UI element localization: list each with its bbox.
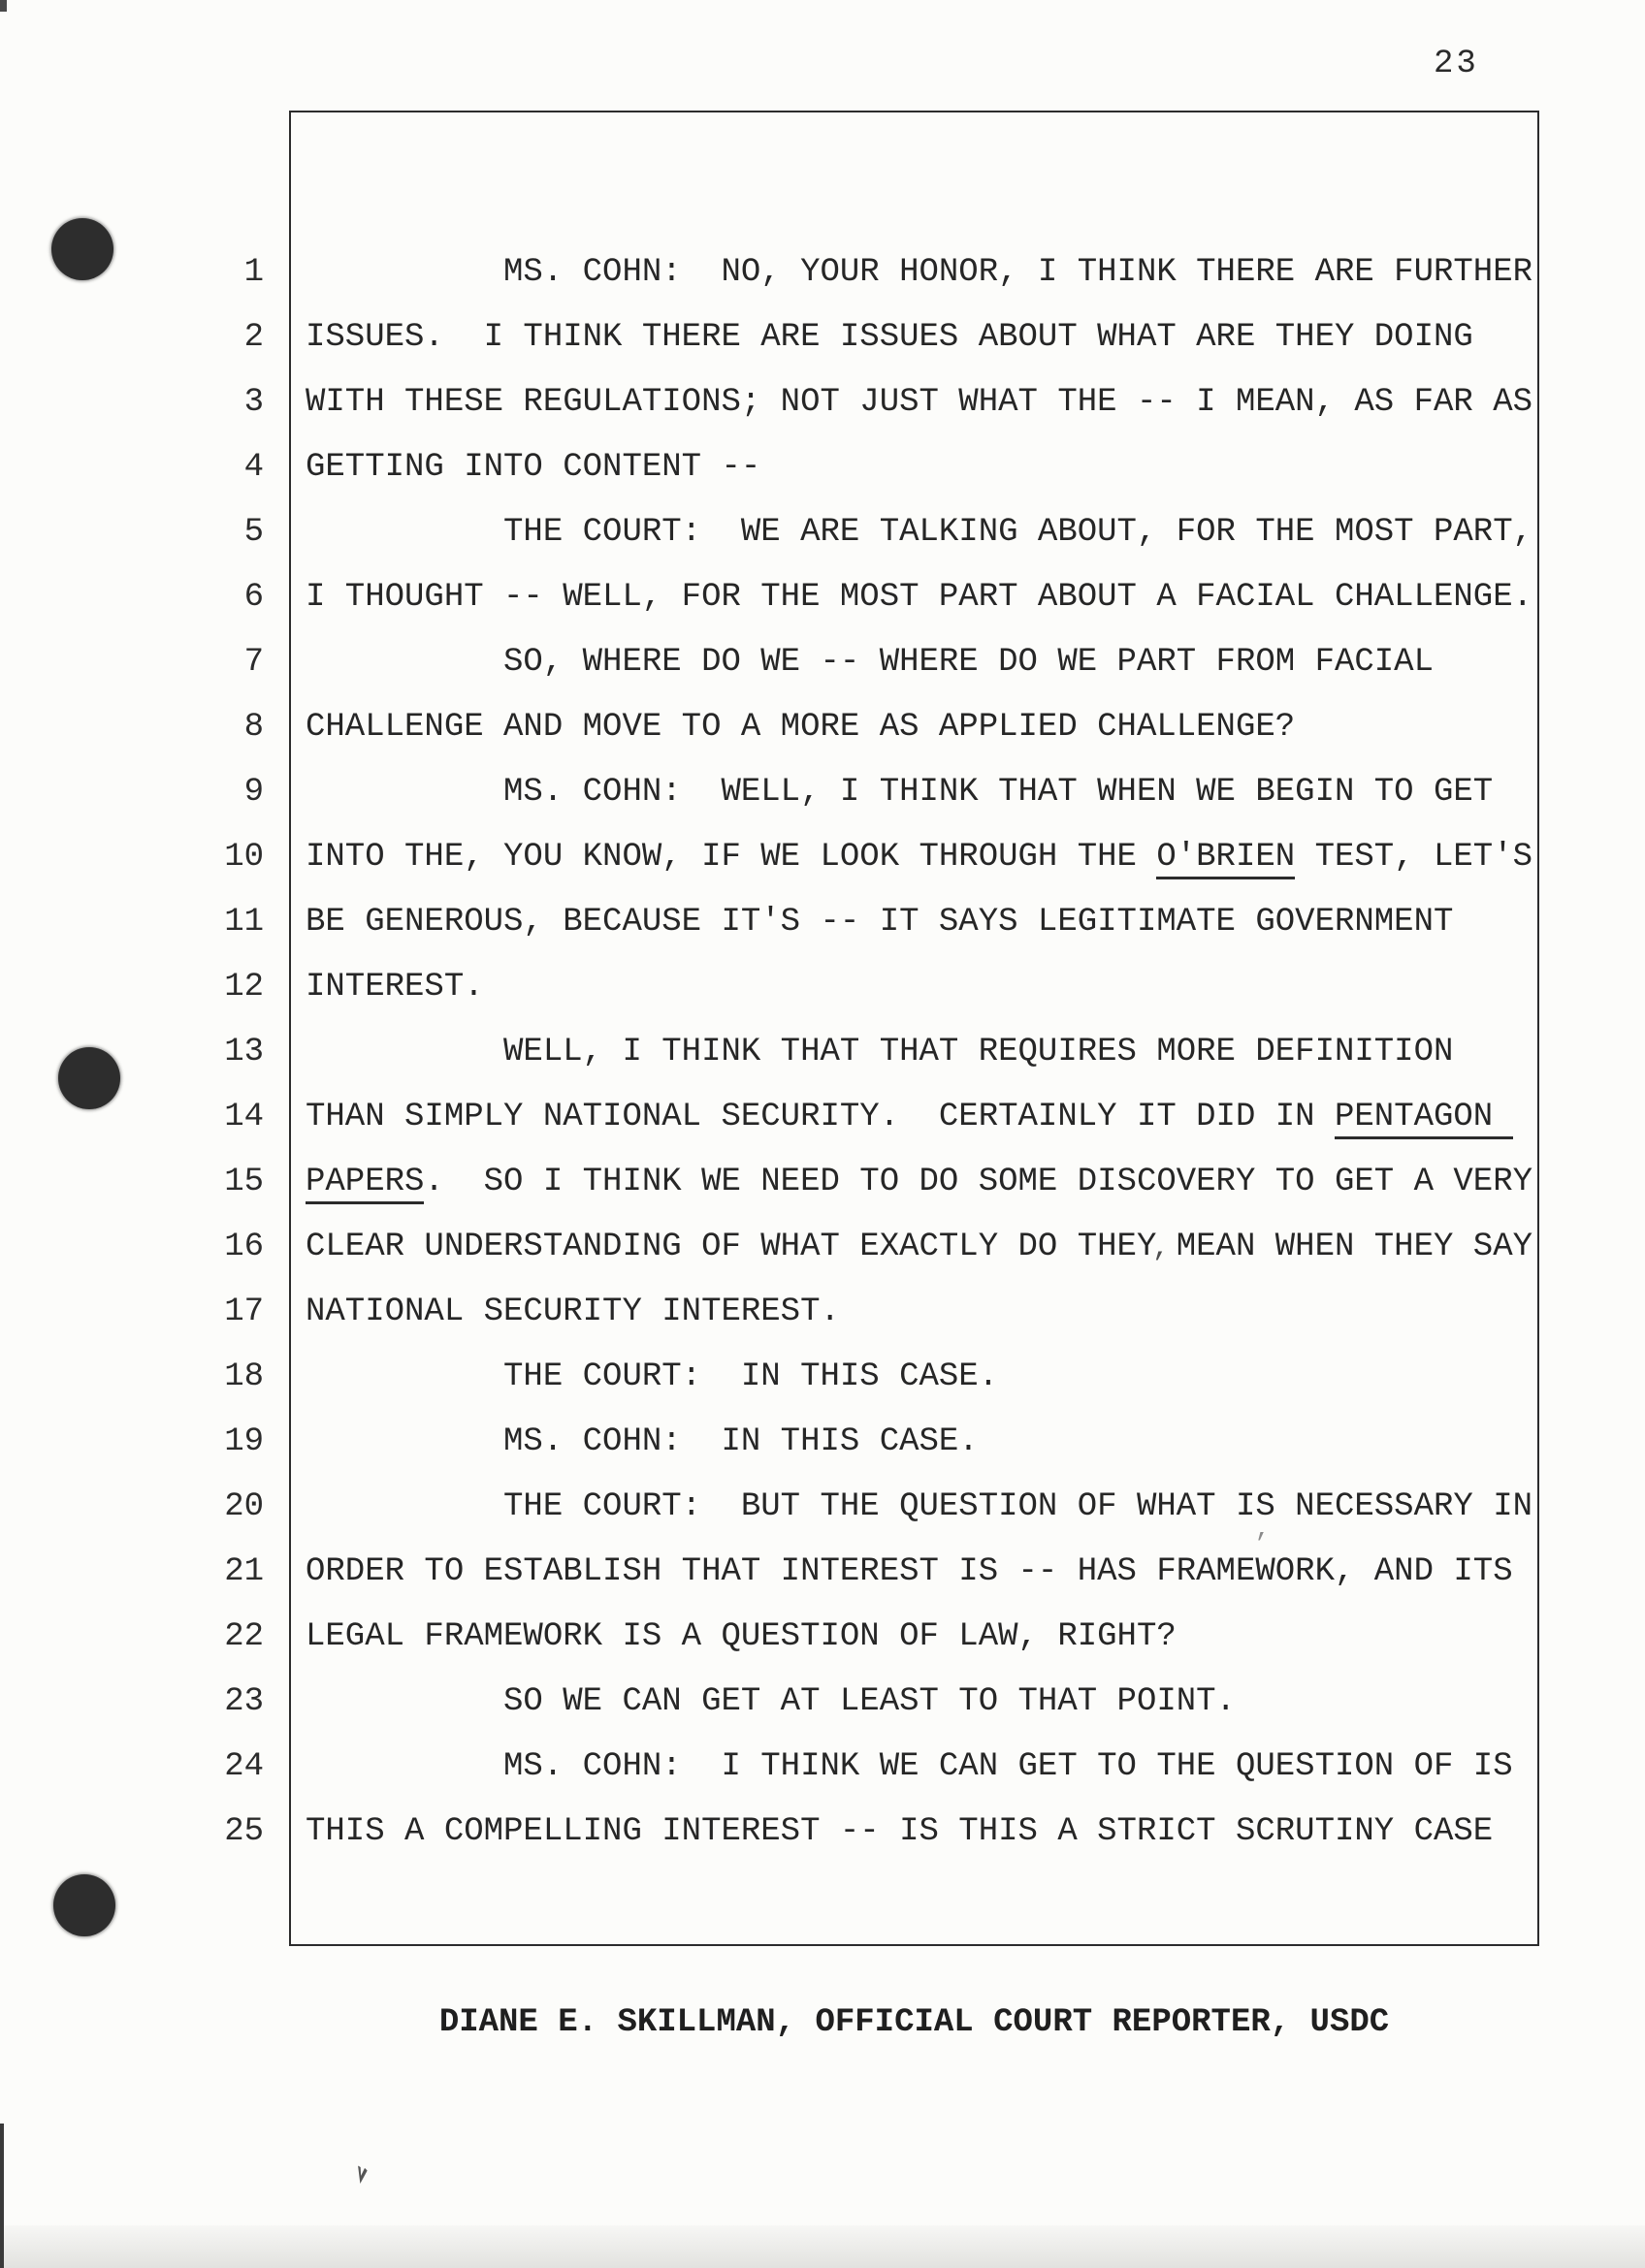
- stray-ink-mark: [354, 2165, 368, 2184]
- line-number: 23: [0, 1670, 264, 1735]
- line-text: MS. COHN: I THINK WE CAN GET TO THE QUES…: [306, 1735, 1513, 1800]
- line-text: ISSUES. I THINK THERE ARE ISSUES ABOUT W…: [306, 305, 1473, 370]
- transcript-line: 9MS. COHN: WELL, I THINK THAT WHEN WE BE…: [0, 760, 1645, 825]
- line-number: 15: [0, 1150, 264, 1215]
- line-text: THAN SIMPLY NATIONAL SECURITY. CERTAINLY…: [306, 1085, 1513, 1150]
- line-text: WELL, I THINK THAT THAT REQUIRES MORE DE…: [306, 1020, 1453, 1085]
- transcript-line: 2ISSUES. I THINK THERE ARE ISSUES ABOUT …: [0, 305, 1645, 370]
- line-number: 16: [0, 1215, 264, 1280]
- line-number: 4: [0, 435, 264, 500]
- line-text: MS. COHN: WELL, I THINK THAT WHEN WE BEG…: [306, 760, 1493, 825]
- transcript-line: 24MS. COHN: I THINK WE CAN GET TO THE QU…: [0, 1735, 1645, 1800]
- line-text: MS. COHN: NO, YOUR HONOR, I THINK THERE …: [306, 240, 1532, 305]
- transcript-line: 4GETTING INTO CONTENT --: [0, 435, 1645, 500]
- transcript-line: 6I THOUGHT -- WELL, FOR THE MOST PART AB…: [0, 565, 1645, 630]
- line-text: BE GENEROUS, BECAUSE IT'S -- IT SAYS LEG…: [306, 890, 1453, 955]
- transcript-line: 1MS. COHN: NO, YOUR HONOR, I THINK THERE…: [0, 240, 1645, 305]
- line-text: CLEAR UNDERSTANDING OF WHAT EXACTLY DO T…: [306, 1215, 1532, 1280]
- line-text: THE COURT: BUT THE QUESTION OF WHAT IS N…: [306, 1475, 1532, 1540]
- transcript-line: 25THIS A COMPELLING INTEREST -- IS THIS …: [0, 1800, 1645, 1865]
- transcript-line: 12INTEREST.: [0, 955, 1645, 1020]
- transcript-page: 23 1MS. COHN: NO, YOUR HONOR, I THINK TH…: [0, 0, 1645, 2268]
- scan-corner-mark: [0, 0, 7, 12]
- line-text: GETTING INTO CONTENT --: [306, 435, 760, 500]
- line-text: LEGAL FRAMEWORK IS A QUESTION OF LAW, RI…: [306, 1605, 1177, 1670]
- transcript-line: 13WELL, I THINK THAT THAT REQUIRES MORE …: [0, 1020, 1645, 1085]
- line-number: 9: [0, 760, 264, 825]
- line-number: 25: [0, 1800, 264, 1865]
- transcript-line: 18THE COURT: IN THIS CASE.: [0, 1345, 1645, 1410]
- scan-edge-strip: [0, 2124, 4, 2268]
- line-number: 7: [0, 630, 264, 695]
- line-number: 1: [0, 240, 264, 305]
- line-number: 20: [0, 1475, 264, 1540]
- transcript-line: 20THE COURT: BUT THE QUESTION OF WHAT IS…: [0, 1475, 1645, 1540]
- line-text: SO, WHERE DO WE -- WHERE DO WE PART FROM…: [306, 630, 1434, 695]
- line-number: 13: [0, 1020, 264, 1085]
- hole-punch-dot: [58, 1047, 120, 1109]
- scan-speck: ,: [1255, 1515, 1271, 1544]
- line-text: CHALLENGE AND MOVE TO A MORE AS APPLIED …: [306, 695, 1295, 760]
- line-number: 12: [0, 955, 264, 1020]
- line-text: THIS A COMPELLING INTEREST -- IS THIS A …: [306, 1800, 1493, 1865]
- transcript-line: 16CLEAR UNDERSTANDING OF WHAT EXACTLY DO…: [0, 1215, 1645, 1280]
- transcript-line: 19MS. COHN: IN THIS CASE.: [0, 1410, 1645, 1475]
- line-number: 3: [0, 370, 264, 435]
- line-text: NATIONAL SECURITY INTEREST.: [306, 1280, 840, 1345]
- transcript-line: 5THE COURT: WE ARE TALKING ABOUT, FOR TH…: [0, 500, 1645, 565]
- line-number: 21: [0, 1540, 264, 1605]
- line-number: 19: [0, 1410, 264, 1475]
- line-number: 5: [0, 500, 264, 565]
- line-text: PAPERS. SO I THINK WE NEED TO DO SOME DI…: [306, 1150, 1532, 1215]
- line-number: 22: [0, 1605, 264, 1670]
- transcript-line: 17NATIONAL SECURITY INTEREST.: [0, 1280, 1645, 1345]
- transcript-line: 14THAN SIMPLY NATIONAL SECURITY. CERTAIN…: [0, 1085, 1645, 1150]
- line-number: 6: [0, 565, 264, 630]
- line-number: 11: [0, 890, 264, 955]
- transcript-line: 21ORDER TO ESTABLISH THAT INTEREST IS --…: [0, 1540, 1645, 1605]
- line-text: I THOUGHT -- WELL, FOR THE MOST PART ABO…: [306, 565, 1532, 630]
- page-number: 23: [1434, 45, 1479, 83]
- transcript-line: 7SO, WHERE DO WE -- WHERE DO WE PART FRO…: [0, 630, 1645, 695]
- transcript-body: 1MS. COHN: NO, YOUR HONOR, I THINK THERE…: [0, 240, 1645, 1865]
- transcript-line: 10INTO THE, YOU KNOW, IF WE LOOK THROUGH…: [0, 825, 1645, 890]
- transcript-line: 8CHALLENGE AND MOVE TO A MORE AS APPLIED…: [0, 695, 1645, 760]
- transcript-line: 11BE GENEROUS, BECAUSE IT'S -- IT SAYS L…: [0, 890, 1645, 955]
- line-text: SO WE CAN GET AT LEAST TO THAT POINT.: [306, 1670, 1236, 1735]
- line-number: 18: [0, 1345, 264, 1410]
- scan-speck: ’: [1150, 1249, 1168, 1282]
- transcript-line: 3WITH THESE REGULATIONS; NOT JUST WHAT T…: [0, 370, 1645, 435]
- line-text: THE COURT: IN THIS CASE.: [306, 1345, 998, 1410]
- line-number: 17: [0, 1280, 264, 1345]
- scan-edge-shadow: [0, 2225, 1645, 2268]
- line-number: 10: [0, 825, 264, 890]
- transcript-line: 22LEGAL FRAMEWORK IS A QUESTION OF LAW, …: [0, 1605, 1645, 1670]
- hole-punch-dot: [51, 218, 113, 280]
- transcript-line: 15PAPERS. SO I THINK WE NEED TO DO SOME …: [0, 1150, 1645, 1215]
- hole-punch-dot: [53, 1874, 115, 1936]
- line-number: 24: [0, 1735, 264, 1800]
- line-number: 8: [0, 695, 264, 760]
- line-text: THE COURT: WE ARE TALKING ABOUT, FOR THE…: [306, 500, 1532, 565]
- transcript-line: 23SO WE CAN GET AT LEAST TO THAT POINT.: [0, 1670, 1645, 1735]
- court-reporter-footer: DIANE E. SKILLMAN, OFFICIAL COURT REPORT…: [289, 2003, 1539, 2042]
- line-text: INTO THE, YOU KNOW, IF WE LOOK THROUGH T…: [306, 825, 1532, 890]
- line-text: INTEREST.: [306, 955, 484, 1020]
- line-number: 2: [0, 305, 264, 370]
- line-text: MS. COHN: IN THIS CASE.: [306, 1410, 979, 1475]
- line-number: 14: [0, 1085, 264, 1150]
- line-text: ORDER TO ESTABLISH THAT INTEREST IS -- H…: [306, 1540, 1513, 1605]
- line-text: WITH THESE REGULATIONS; NOT JUST WHAT TH…: [306, 370, 1532, 435]
